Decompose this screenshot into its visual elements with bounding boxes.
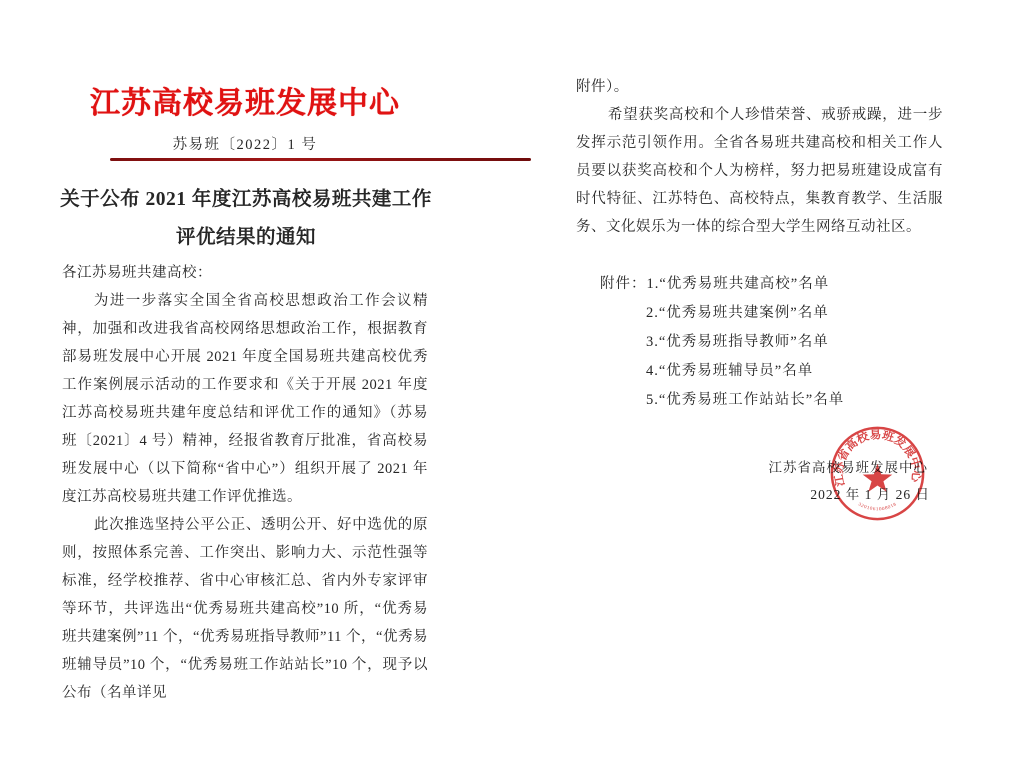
- scanned-document: 江苏高校易班发展中心 苏易班〔2022〕1 号 关于公布 2021 年度江苏高校…: [0, 0, 1024, 767]
- attachment-item-2: 2.“优秀易班共建案例”名单: [646, 299, 930, 328]
- doc-title: 关于公布 2021 年度江苏高校易班共建工作 评优结果的通知: [56, 181, 436, 256]
- doc-number: 苏易班〔2022〕1 号: [62, 133, 428, 154]
- attachment-item-3: 3.“优秀易班指导教师”名单: [646, 328, 930, 357]
- left-body-text: 各江苏易班共建高校： 为进一步落实全国全省高校思想政治工作会议精神，加强和改进我…: [62, 259, 428, 707]
- attachment-item-4: 4.“优秀易班辅导员”名单: [646, 357, 930, 386]
- salutation: 各江苏易班共建高校：: [62, 259, 428, 287]
- paragraph-2: 此次推选坚持公平公正、透明公开、好中选优的原则，按照体系完善、工作突出、影响力大…: [62, 511, 428, 707]
- attachments-list: 附件：1.“优秀易班共建高校”名单 2.“优秀易班共建案例”名单 3.“优秀易班…: [600, 270, 930, 415]
- attachments-label: 附件：: [600, 276, 647, 292]
- paragraph-1: 为进一步落实全国全省高校思想政治工作会议精神，加强和改进我省高校网络思想政治工作…: [62, 287, 428, 511]
- right-body-text: 附件）。 希望获奖高校和个人珍惜荣誉、戒骄戒躁，进一步发挥示范引领作用。全省各易…: [576, 73, 943, 241]
- continuation-text: 附件）。: [576, 73, 943, 101]
- doc-title-line2: 评优结果的通知: [56, 219, 436, 257]
- page-right: 附件）。 希望获奖高校和个人珍惜荣誉、戒骄戒躁，进一步发挥示范引领作用。全省各易…: [576, 0, 943, 767]
- attachment-item-1: 1.“优秀易班共建高校”名单: [647, 276, 830, 292]
- seal-star-icon: [863, 464, 892, 492]
- official-seal: 江苏省高校易班发展中心 3201061008018: [829, 424, 926, 523]
- attachment-row: 附件：1.“优秀易班共建高校”名单: [600, 270, 930, 299]
- seal-serial-number: 3201061008018: [857, 502, 898, 512]
- page-left: 江苏高校易班发展中心 苏易班〔2022〕1 号 关于公布 2021 年度江苏高校…: [62, 0, 428, 767]
- red-divider-rule: [110, 158, 531, 161]
- org-header-title: 江苏高校易班发展中心: [62, 78, 428, 122]
- doc-title-line1: 关于公布 2021 年度江苏高校易班共建工作: [56, 181, 436, 219]
- attachment-item-5: 5.“优秀易班工作站站长”名单: [646, 386, 930, 415]
- paragraph-3: 希望获奖高校和个人珍惜荣誉、戒骄戒躁，进一步发挥示范引领作用。全省各易班共建高校…: [576, 101, 943, 241]
